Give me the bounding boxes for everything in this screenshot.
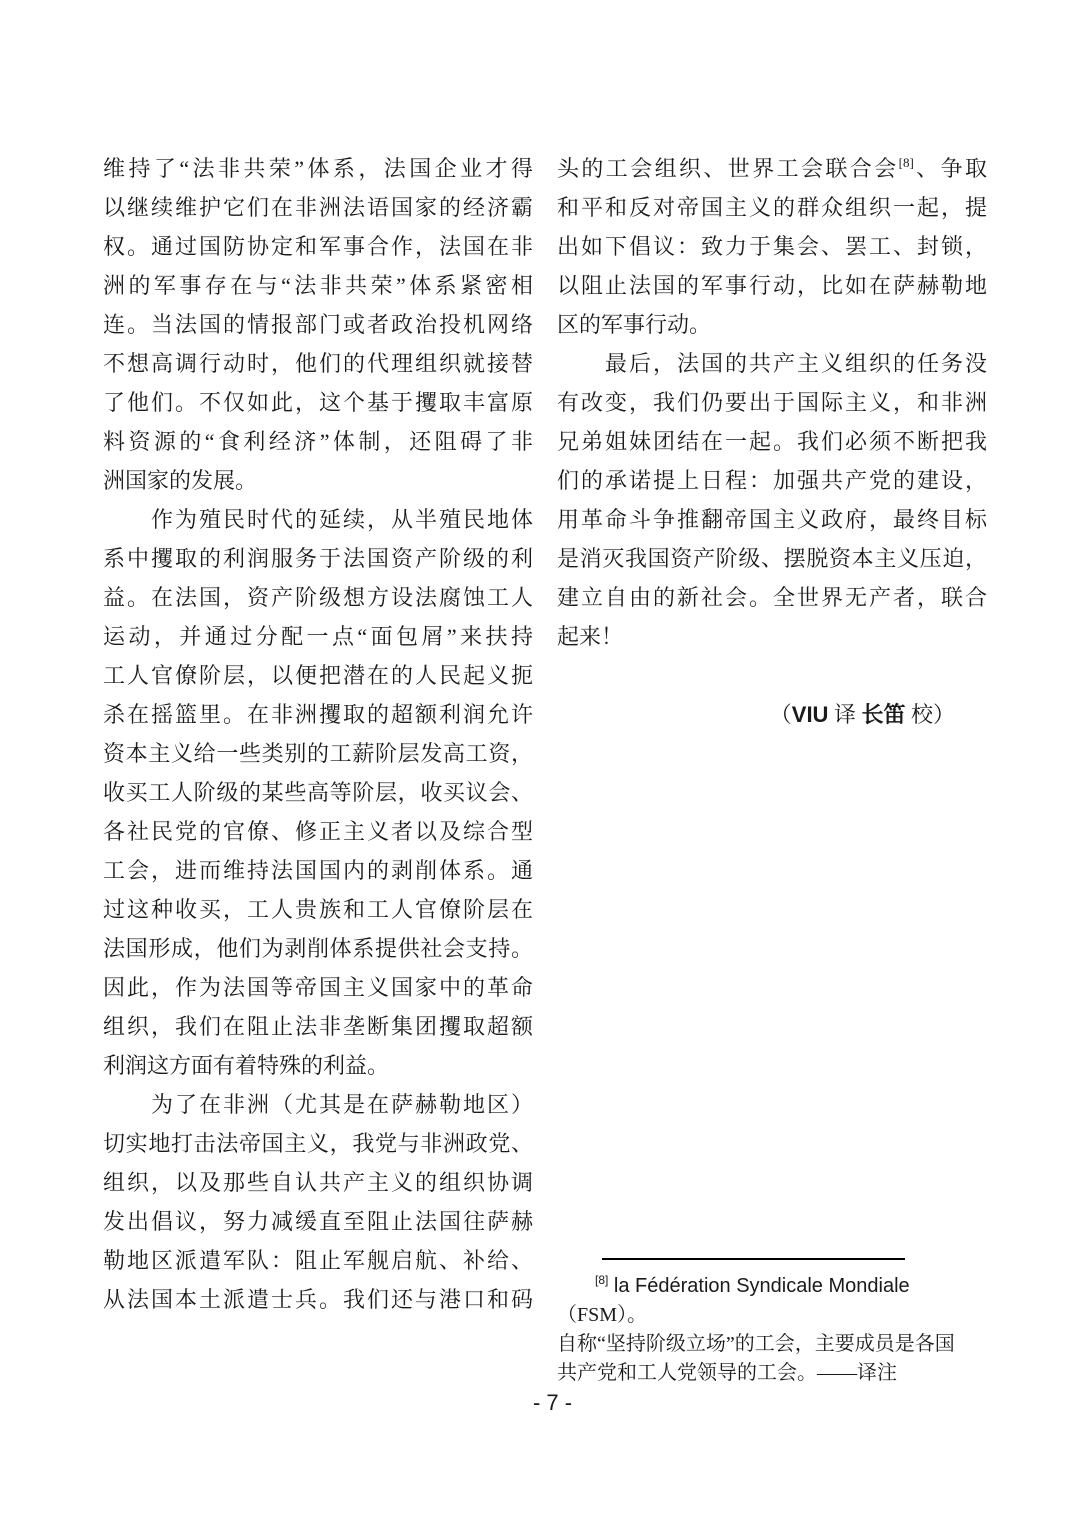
text-line: 法国形成，他们为剥削体系提供社会支持。 bbox=[103, 929, 533, 968]
text-run: 权。通过国防协定和军事合作，法国在非 bbox=[103, 234, 533, 259]
text-line: 作为殖民时代的延续，从半殖民地体 bbox=[103, 500, 533, 539]
text-line: 收买工人阶级的某些高等阶层，收买议会、 bbox=[103, 773, 533, 812]
text-run: 长笛 bbox=[861, 702, 905, 727]
document-page: { "page": { "number_label": "- 7 -", "ba… bbox=[0, 0, 1075, 1518]
text-run: 各社民党的官僚、修正主义者以及综合型 bbox=[103, 819, 533, 844]
text-line: 料资源的“食利经济”体制，还阻碍了非 bbox=[103, 422, 533, 461]
text-run: 头的工会组织、世界工会联合会 bbox=[557, 156, 899, 181]
footnote-separator bbox=[602, 1258, 905, 1260]
text-run: 洲国家的发展。 bbox=[103, 468, 257, 493]
text-run: 工会，进而维持法国国内的剥削体系。通 bbox=[103, 858, 533, 883]
text-run: 用革命斗争推翻帝国主义政府，最终目标 bbox=[557, 507, 987, 532]
text-line: 了他们。不仅如此，这个基于攫取丰富原 bbox=[103, 383, 533, 422]
text-line: 组织，以及那些自认共产主义的组织协调 bbox=[103, 1163, 533, 1202]
text-line: 工人官僚阶层，以便把潜在的人民起义扼 bbox=[103, 656, 533, 695]
footnote-line: 自称“坚持阶级立场”的工会，主要成员是各国 bbox=[557, 1330, 993, 1359]
text-run: 最后，法国的共产主义组织的任务没 bbox=[605, 351, 987, 376]
footnote-line: 共产党和工人党领导的工会。——译注 bbox=[557, 1359, 993, 1388]
text-line: 连。当法国的情报部门或者政治投机网络 bbox=[103, 305, 533, 344]
text-run: 组织，以及那些自认共产主义的组织协调 bbox=[103, 1170, 533, 1195]
text-line: 各社民党的官僚、修正主义者以及综合型 bbox=[103, 812, 533, 851]
text-run: 以继续维护它们在非洲法语国家的经济霸 bbox=[103, 195, 533, 220]
text-line: 以继续维护它们在非洲法语国家的经济霸 bbox=[103, 188, 533, 227]
text-line: 权。通过国防协定和军事合作，法国在非 bbox=[103, 227, 533, 266]
footnote-line: [8] la Fédération Syndicale Mondiale（FSM… bbox=[557, 1272, 993, 1330]
text-line: 用革命斗争推翻帝国主义政府，最终目标 bbox=[557, 500, 987, 539]
text-line: 资本主义给一些类别的工薪阶层发高工资， bbox=[103, 734, 533, 773]
text-run: 自称“坚持阶级立场”的工会，主要成员是各国 bbox=[557, 1333, 955, 1355]
text-run: 校） bbox=[905, 702, 955, 727]
text-line: 是消灭我国资产阶级、摆脱资本主义压迫， bbox=[557, 539, 987, 578]
text-line: （VIU 译 长笛 校） bbox=[557, 695, 987, 734]
paragraph: 维持了“法非共荣”体系，法国企业才得以继续维护它们在非洲法语国家的经济霸权。通过… bbox=[103, 149, 533, 500]
page-number: - 7 - bbox=[0, 1390, 1075, 1416]
text-run: 法国形成，他们为剥削体系提供社会支持。 bbox=[103, 936, 533, 961]
text-run: VIU bbox=[792, 702, 829, 727]
text-run: 和平和反对帝国主义的群众组织一起，提 bbox=[557, 195, 987, 220]
paragraph: 头的工会组织、世界工会联合会[8]、争取和平和反对帝国主义的群众组织一起，提出如… bbox=[557, 149, 987, 344]
text-line: 和平和反对帝国主义的群众组织一起，提 bbox=[557, 188, 987, 227]
text-run: 兄弟姐妹团结在一起。我们必须不断把我 bbox=[557, 429, 987, 454]
text-run: （FSM）。 bbox=[557, 1304, 647, 1326]
text-line: 组织，我们在阻止法非垄断集团攫取超额 bbox=[103, 1007, 533, 1046]
text-run: 资本主义给一些类别的工薪阶层发高工资， bbox=[103, 741, 533, 766]
text-line: 们的承诺提上日程：加强共产党的建设， bbox=[557, 461, 987, 500]
text-run: 们的承诺提上日程：加强共产党的建设， bbox=[557, 468, 987, 493]
text-run: 建立自由的新社会。全世界无产者，联合 bbox=[557, 585, 987, 610]
text-run: 维持了“法非共荣”体系，法国企业才得 bbox=[103, 156, 533, 181]
text-line: 勒地区派遣军队：阻止军舰启航、补给、 bbox=[103, 1241, 533, 1280]
text-line: 最后，法国的共产主义组织的任务没 bbox=[557, 344, 987, 383]
text-run: 为了在非洲（尤其是在萨赫勒地区） bbox=[151, 1092, 533, 1117]
text-line: 从法国本土派遣士兵。我们还与港口和码 bbox=[103, 1280, 533, 1319]
footnote: [8] la Fédération Syndicale Mondiale（FSM… bbox=[557, 1258, 993, 1388]
text-run: 洲的军事存在与“法非共荣”体系紧密相 bbox=[103, 273, 533, 298]
text-run: 料资源的“食利经济”体制，还阻碍了非 bbox=[103, 429, 533, 454]
footnote-ref-marker: [8] bbox=[595, 1273, 608, 1287]
text-line: 以阻止法国的军事行动，比如在萨赫勒地 bbox=[557, 266, 987, 305]
text-run: 、争取 bbox=[914, 156, 987, 181]
text-run: 译 bbox=[828, 702, 861, 727]
right-column: 头的工会组织、世界工会联合会[8]、争取和平和反对帝国主义的群众组织一起，提出如… bbox=[557, 149, 987, 734]
text-run: 组织，我们在阻止法非垄断集团攫取超额 bbox=[103, 1014, 533, 1039]
page-sheet: 维持了“法非共荣”体系，法国企业才得以继续维护它们在非洲法语国家的经济霸权。通过… bbox=[0, 0, 1075, 1518]
text-run: 有改变，我们仍要出于国际主义，和非洲 bbox=[557, 390, 987, 415]
text-line: 因此，作为法国等帝国主义国家中的革命 bbox=[103, 968, 533, 1007]
footnote-ref-marker: [8] bbox=[899, 155, 914, 170]
text-line: 起来！ bbox=[557, 617, 987, 656]
text-run: 起来！ bbox=[557, 624, 623, 649]
text-line: 建立自由的新社会。全世界无产者，联合 bbox=[557, 578, 987, 617]
paragraph: 为了在非洲（尤其是在萨赫勒地区）切实地打击法帝国主义，我党与非洲政党、组织，以及… bbox=[103, 1085, 533, 1319]
text-run: 工人官僚阶层，以便把潜在的人民起义扼 bbox=[103, 663, 533, 688]
text-line: 利润这方面有着特殊的利益。 bbox=[103, 1046, 533, 1085]
text-line: 出如下倡议：致力于集会、罢工、封锁， bbox=[557, 227, 987, 266]
text-run: 过这种收买，工人贵族和工人官僚阶层在 bbox=[103, 897, 533, 922]
text-run: 发出倡议，努力减缓直至阻止法国往萨赫 bbox=[103, 1209, 533, 1234]
text-run: 系中攫取的利润服务于法国资产阶级的利 bbox=[103, 546, 533, 571]
text-line: 过这种收买，工人贵族和工人官僚阶层在 bbox=[103, 890, 533, 929]
text-run: la Fédération Syndicale Mondiale bbox=[608, 1275, 909, 1297]
text-line: 运动，并通过分配一点“面包屑”来扶持 bbox=[103, 617, 533, 656]
text-line: 有改变，我们仍要出于国际主义，和非洲 bbox=[557, 383, 987, 422]
text-run: 益。在法国，资产阶级想方设法腐蚀工人 bbox=[103, 585, 533, 610]
text-line: 切实地打击法帝国主义，我党与非洲政党、 bbox=[103, 1124, 533, 1163]
text-run: 了他们。不仅如此，这个基于攫取丰富原 bbox=[103, 390, 533, 415]
text-run: 区的军事行动。 bbox=[557, 312, 711, 337]
attribution-line: （VIU 译 长笛 校） bbox=[557, 695, 987, 734]
text-run: 收买工人阶级的某些高等阶层，收买议会、 bbox=[103, 780, 533, 805]
text-run: 从法国本土派遣士兵。我们还与港口和码 bbox=[103, 1287, 533, 1312]
paragraph: 作为殖民时代的延续，从半殖民地体系中攫取的利润服务于法国资产阶级的利益。在法国，… bbox=[103, 500, 533, 1085]
text-line: 洲的军事存在与“法非共荣”体系紧密相 bbox=[103, 266, 533, 305]
text-line: 区的军事行动。 bbox=[557, 305, 987, 344]
text-line: 为了在非洲（尤其是在萨赫勒地区） bbox=[103, 1085, 533, 1124]
text-line: 工会，进而维持法国国内的剥削体系。通 bbox=[103, 851, 533, 890]
left-column: 维持了“法非共荣”体系，法国企业才得以继续维护它们在非洲法语国家的经济霸权。通过… bbox=[103, 149, 533, 1319]
text-line: 维持了“法非共荣”体系，法国企业才得 bbox=[103, 149, 533, 188]
paragraph: 最后，法国的共产主义组织的任务没有改变，我们仍要出于国际主义，和非洲兄弟姐妹团结… bbox=[557, 344, 987, 656]
text-run: （ bbox=[770, 702, 792, 727]
text-run: 勒地区派遣军队：阻止军舰启航、补给、 bbox=[103, 1248, 533, 1273]
text-run: 共产党和工人党领导的工会。——译注 bbox=[557, 1362, 897, 1384]
footnote-text: [8] la Fédération Syndicale Mondiale（FSM… bbox=[557, 1272, 993, 1388]
text-line: 益。在法国，资产阶级想方设法腐蚀工人 bbox=[103, 578, 533, 617]
text-run: 出如下倡议：致力于集会、罢工、封锁， bbox=[557, 234, 987, 259]
text-run: 是消灭我国资产阶级、摆脱资本主义压迫， bbox=[557, 546, 987, 571]
text-line: 洲国家的发展。 bbox=[103, 461, 533, 500]
text-line: 不想高调行动时，他们的代理组织就接替 bbox=[103, 344, 533, 383]
text-run: 不想高调行动时，他们的代理组织就接替 bbox=[103, 351, 533, 376]
text-line: 头的工会组织、世界工会联合会[8]、争取 bbox=[557, 149, 987, 188]
text-run: 运动，并通过分配一点“面包屑”来扶持 bbox=[103, 624, 533, 649]
text-run: 以阻止法国的军事行动，比如在萨赫勒地 bbox=[557, 273, 987, 298]
text-line: 系中攫取的利润服务于法国资产阶级的利 bbox=[103, 539, 533, 578]
text-run: 因此，作为法国等帝国主义国家中的革命 bbox=[103, 975, 533, 1000]
text-line: 发出倡议，努力减缓直至阻止法国往萨赫 bbox=[103, 1202, 533, 1241]
text-run: 利润这方面有着特殊的利益。 bbox=[103, 1053, 389, 1078]
text-line: 杀在摇篮里。在非洲攫取的超额利润允许 bbox=[103, 695, 533, 734]
text-line: 兄弟姐妹团结在一起。我们必须不断把我 bbox=[557, 422, 987, 461]
text-run: 切实地打击法帝国主义，我党与非洲政党、 bbox=[103, 1131, 533, 1156]
text-run: 杀在摇篮里。在非洲攫取的超额利润允许 bbox=[103, 702, 533, 727]
text-run: 作为殖民时代的延续，从半殖民地体 bbox=[151, 507, 533, 532]
text-run: 连。当法国的情报部门或者政治投机网络 bbox=[103, 312, 533, 337]
